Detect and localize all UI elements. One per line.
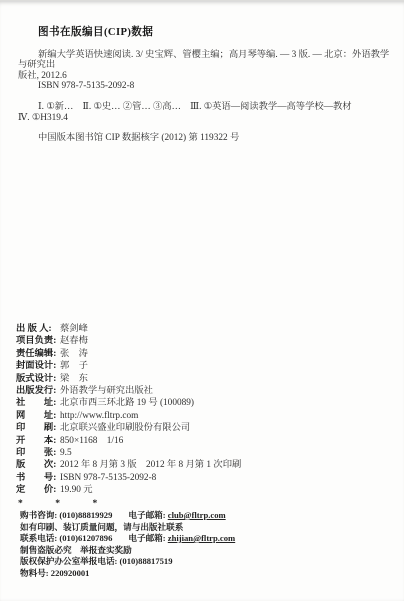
colophon-label: 书 号: — [16, 472, 60, 484]
colophon-value: 张 涛 — [60, 349, 88, 359]
colophon-row-book-number: 书 号:ISBN 978-7-5135-2092-8 — [16, 472, 396, 484]
colophon-label: 社 址: — [16, 397, 60, 409]
asterisk-separator: * * * — [18, 495, 98, 509]
contact-phone: 联系电话: (010)61207896 — [20, 533, 112, 543]
colophon-value: 北京联兴盛业印刷股份有限公司 — [60, 423, 190, 433]
colophon-label: 出 版 人: — [16, 323, 60, 335]
colophon-value: 19.90 元 — [60, 485, 93, 495]
colophon-label: 版式设计: — [16, 373, 60, 385]
colophon-row-edition: 版 次:2012 年 8 月第 3 版 2012 年 8 月第 1 次印刷 — [16, 459, 396, 471]
cip-classification-line1: Ⅰ. ①新… Ⅱ. ①史… ②管… ③高… Ⅲ. ①英语—阅读教学—高等学校—教… — [18, 102, 394, 113]
colophon-value: 梁 东 — [60, 374, 88, 384]
cip-data-block: 图书在版编目(CIP)数据 新编大学英语快速阅读. 3/ 史宝辉、管樱主编；高月… — [18, 28, 394, 144]
notice-purchase-line: 购书咨询: (010)88819929电子邮箱: club@fltrp.com — [20, 510, 392, 522]
colophon-label: 开 本: — [16, 435, 60, 447]
colophon-value: 赵春梅 — [60, 336, 88, 346]
purchase-phone: 购书咨询: (010)88819929 — [20, 510, 112, 520]
notice-contact-line: 联系电话: (010)61207896电子邮箱: zhijian@fltrp.c… — [20, 533, 392, 545]
colophon-label: 项目负责: — [16, 335, 60, 347]
colophon-row-website: 网 址:http://www.fltrp.com — [16, 410, 396, 422]
colophon-row-printer: 印 刷:北京联兴盛业印刷股份有限公司 — [16, 422, 396, 434]
book-copyright-page: 图书在版编目(CIP)数据 新编大学英语快速阅读. 3/ 史宝辉、管樱主编；高月… — [0, 0, 404, 601]
colophon-value: 2012 年 8 月第 3 版 2012 年 8 月第 1 次印刷 — [60, 460, 241, 470]
colophon-row-publishing-house: 出版发行:外语教学与研究出版社 — [16, 385, 396, 397]
cip-description-line2: 版社, 2012.6 — [18, 71, 394, 82]
colophon-value: 郭 子 — [60, 361, 88, 371]
notice-report-line: 版权保护办公室举报电话: (010)88817519 — [20, 556, 392, 568]
cip-record-number: 中国版本图书馆 CIP 数据核字 (2012) 第 119322 号 — [18, 133, 394, 144]
colophon-label: 印 张: — [16, 447, 60, 459]
colophon-row-format: 开 本:850×1168 1/16 — [16, 435, 396, 447]
colophon-label: 责任编辑: — [16, 348, 60, 360]
colophon-value: 北京市西三环北路 19 号 (100089) — [60, 398, 194, 408]
colophon-value: 外语教学与研究出版社 — [60, 386, 153, 396]
notice-material-number-line: 物料号: 220920001 — [20, 568, 392, 580]
colophon-row-address: 社 址:北京市西三环北路 19 号 (100089) — [16, 397, 396, 409]
colophon-block: 出 版 人:蔡剑峰 项目负责:赵春梅 责任编辑:张 涛 封面设计:郭 子 版式设… — [16, 323, 396, 496]
notice-quality-line: 如有印刷、装订质量问题，请与出版社联系 — [20, 522, 392, 534]
colophon-row-cover-design: 封面设计:郭 子 — [16, 360, 396, 372]
cip-isbn: ISBN 978-7-5135-2092-8 — [18, 81, 394, 92]
notice-antipiracy-line: 制售盗版必究 举报查实奖励 — [20, 545, 392, 557]
colophon-value: 9.5 — [60, 448, 72, 458]
cip-description-line1: 新编大学英语快速阅读. 3/ 史宝辉、管樱主编；高月琴等编. — 3 版. — … — [18, 50, 394, 71]
colophon-label: 版 次: — [16, 459, 60, 471]
notices-block: 购书咨询: (010)88819929电子邮箱: club@fltrp.com … — [20, 510, 392, 579]
colophon-label: 印 刷: — [16, 422, 60, 434]
colophon-value: 蔡剑峰 — [60, 324, 88, 334]
colophon-row-project-lead: 项目负责:赵春梅 — [16, 335, 396, 347]
purchase-email: club@fltrp.com — [168, 510, 226, 520]
colophon-row-printed-sheets: 印 张:9.5 — [16, 447, 396, 459]
colophon-label: 出版发行: — [16, 385, 60, 397]
contact-email-label: 电子邮箱: — [128, 533, 167, 543]
colophon-label: 网 址: — [16, 410, 60, 422]
contact-email: zhijian@fltrp.com — [168, 533, 235, 543]
colophon-row-managing-editor: 责任编辑:张 涛 — [16, 348, 396, 360]
cip-heading: 图书在版编目(CIP)数据 — [38, 28, 394, 39]
purchase-email-label: 电子邮箱: — [128, 510, 167, 520]
colophon-value: 850×1168 1/16 — [60, 436, 123, 446]
colophon-row-layout-design: 版式设计:梁 东 — [16, 373, 396, 385]
cip-classification-line2: Ⅳ. ①H319.4 — [18, 113, 394, 124]
colophon-value: http://www.fltrp.com — [60, 411, 138, 421]
colophon-value: ISBN 978-7-5135-2092-8 — [60, 473, 156, 483]
colophon-row-publisher: 出 版 人:蔡剑峰 — [16, 323, 396, 335]
colophon-label: 封面设计: — [16, 360, 60, 372]
